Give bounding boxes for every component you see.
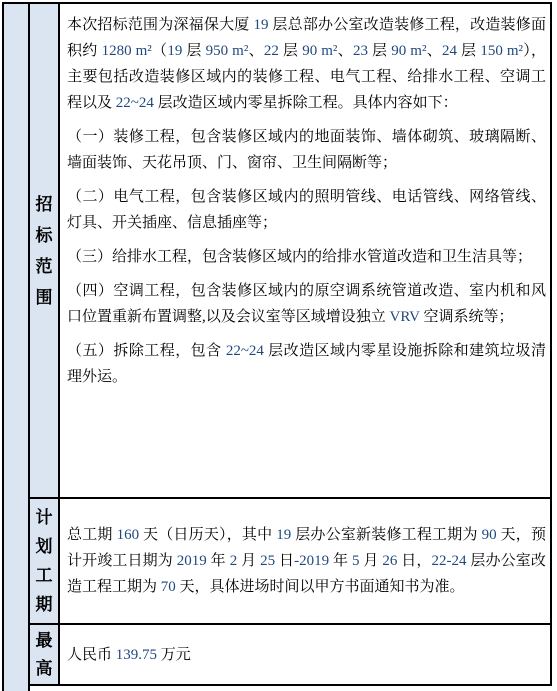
bid-scope-label: 招标范围 <box>36 189 53 313</box>
paragraph: （二）电气工程，包含装修区域内的照明管线、电话管线、网络管线、灯具、开关插座、信… <box>67 184 546 236</box>
paragraph: （三）给排水工程，包含装修区域内的给排水管道改造和卫生洁具等； <box>67 244 546 270</box>
latin-run: 22~24 <box>116 95 154 111</box>
latin-run: 70 <box>161 579 176 595</box>
latin-run: 22~24 <box>226 343 264 359</box>
latin-run: 22-24 <box>432 553 467 569</box>
row-header-planned-duration: 计划工期 <box>30 499 60 625</box>
latin-run: 2019 <box>177 553 207 569</box>
latin-run: m² <box>507 43 523 59</box>
maximum-price-content-cell: 人民币 139.75 万元 <box>60 625 552 686</box>
tender-document-table: 招标范围 本次招标范围为深福保大厦 19 层总部办公室改造装修工程，改造装修面积… <box>0 0 557 691</box>
latin-run: m² <box>232 43 248 59</box>
latin-run: 90 <box>302 43 317 59</box>
left-margin-cell <box>2 2 30 691</box>
paragraph: （一）装修工程，包含装修区域内的地面装饰、墙体砌筑、玻璃隔断、墙面装饰、天花吊顶… <box>67 124 546 176</box>
paragraph: 本次招标范围为深福保大厦 19 层总部办公室改造装修工程，改造装修面积约 128… <box>67 12 546 116</box>
latin-run: 139.75 <box>116 647 157 663</box>
latin-run: 19 <box>276 527 291 543</box>
latin-run: 19 <box>253 17 268 33</box>
latin-run: m² <box>321 43 337 59</box>
planned-duration-content-cell: 总工期 160 天（日历天），其中 19 层办公室新装修工程工期为 90 天，预… <box>60 499 552 625</box>
paragraph: 总工期 160 天（日历天），其中 19 层办公室新装修工程工期为 90 天，预… <box>67 522 546 600</box>
bid-scope-content-cell: 本次招标范围为深福保大厦 19 层总部办公室改造装修工程，改造装修面积约 128… <box>60 2 552 499</box>
latin-run: -2019 <box>294 553 329 569</box>
row-header-maximum-price: 最高 <box>30 625 60 686</box>
maximum-price-label: 最高 <box>36 627 53 683</box>
latin-run: m² <box>136 43 152 59</box>
latin-run: m² <box>410 43 426 59</box>
latin-run: 24 <box>442 43 457 59</box>
planned-duration-label: 计划工期 <box>36 503 53 619</box>
latin-run: 90 <box>482 527 497 543</box>
latin-run: 25 <box>260 553 275 569</box>
row-header-bid-scope: 招标范围 <box>30 2 60 499</box>
latin-run: 150 <box>480 43 503 59</box>
latin-run: 1280 <box>102 43 132 59</box>
paragraph: （五）拆除工程，包含 22~24 层改造区域内零星设施拆除和建筑垃圾清理外运。 <box>67 338 546 390</box>
latin-run: VRV <box>390 309 420 325</box>
latin-run: 23 <box>353 43 368 59</box>
paragraph: 人民币 139.75 万元 <box>67 642 546 668</box>
latin-run: 26 <box>382 553 397 569</box>
latin-run: 90 <box>391 43 406 59</box>
paragraph: （四）空调工程，包含装修区域内的原空调系统管道改造、室内机和风口位置重新布置调整… <box>67 278 546 330</box>
latin-run: 5 <box>352 553 360 569</box>
latin-run: 160 <box>117 527 140 543</box>
latin-run: 19 <box>167 43 182 59</box>
latin-run: 2 <box>230 553 238 569</box>
latin-run: 950 <box>206 43 229 59</box>
latin-run: 22 <box>264 43 279 59</box>
